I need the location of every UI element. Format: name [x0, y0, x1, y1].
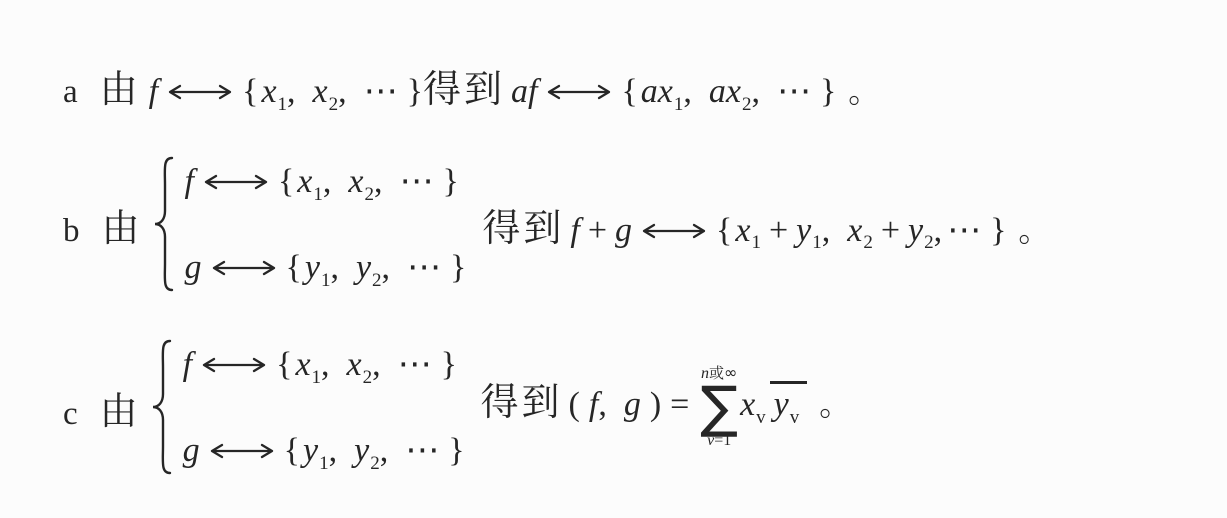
var-y: y: [354, 432, 369, 469]
var-ax: ax: [641, 73, 673, 110]
set-comma: ,: [683, 73, 692, 110]
var-x: x: [297, 163, 312, 200]
set-close-brace: }: [990, 212, 1006, 249]
ellipsis-dots: ⋯: [364, 71, 400, 111]
subscript-1: 1: [319, 453, 329, 474]
set-open-brace: {: [284, 432, 300, 469]
var-y: y: [796, 212, 811, 249]
subscript-1: 1: [812, 232, 822, 253]
conclusion-formula: 得到f+g{x1+y1,x2+y2,⋯}。: [482, 197, 1050, 252]
set-open-brace: {: [716, 212, 732, 249]
long-left-right-arrow-icon: [546, 84, 612, 100]
item-lead: c由: [63, 380, 149, 435]
set-open-brace: {: [276, 346, 292, 383]
system-row-f: f{x1,x2,⋯}: [185, 161, 467, 201]
set-comma: ,: [330, 249, 339, 286]
period-text: 。: [819, 386, 851, 422]
set-open-brace: {: [286, 249, 302, 286]
var-x: x: [347, 346, 362, 383]
set-open-brace: {: [621, 73, 637, 110]
set-close-brace: }: [820, 73, 836, 110]
set-comma: ,: [934, 212, 943, 249]
long-left-right-arrow-icon: [167, 84, 233, 100]
subscript-1: 1: [313, 184, 323, 205]
set-comma: ,: [287, 73, 296, 110]
var-x: x: [295, 346, 310, 383]
var-x: x: [261, 73, 276, 110]
var-f: f: [183, 346, 192, 383]
system-brace-icon: [151, 155, 177, 293]
set-comma: ,: [751, 73, 760, 110]
long-left-right-arrow-icon: [209, 443, 275, 459]
conclusion-formula: af{ax1,ax2,⋯}。: [511, 73, 880, 110]
subscript-2: 2: [363, 367, 373, 388]
conjugate-y-overline: yv: [770, 381, 808, 424]
system-brace-icon: [149, 338, 175, 476]
item-label-c: c: [63, 396, 78, 432]
system-row-g: g{y1,y2,⋯}: [185, 247, 467, 287]
var-y: y: [774, 386, 789, 423]
subscript-1: 1: [278, 94, 288, 115]
var-x: x: [847, 212, 862, 249]
var-f: f: [185, 163, 194, 200]
item-label-a: a: [63, 74, 78, 110]
period-text: 。: [848, 73, 880, 109]
ellipsis-dots: ⋯: [405, 430, 441, 470]
var-f: f: [149, 73, 158, 110]
subscript-v: v: [790, 407, 800, 428]
system-row-f: f{x1,x2,⋯}: [183, 344, 465, 384]
subscript-1: 1: [321, 270, 331, 291]
long-left-right-arrow-icon: [211, 260, 277, 276]
subscript-1: 1: [674, 94, 684, 115]
ellipsis-dots: ⋯: [398, 344, 434, 384]
var-x: x: [348, 163, 363, 200]
subscript-2: 2: [924, 232, 934, 253]
var-f: f: [589, 386, 598, 423]
set-open-brace: {: [278, 163, 294, 200]
var-ax: ax: [709, 73, 741, 110]
plus-sign: +: [588, 212, 607, 249]
set-comma: ,: [329, 432, 338, 469]
set-close-brace: }: [450, 249, 466, 286]
var-g: g: [615, 212, 632, 249]
subscript-1: 1: [751, 232, 761, 253]
ellipsis-dots: ⋯: [407, 247, 443, 287]
subscript-2: 2: [863, 232, 873, 253]
item-lead: b由: [63, 197, 151, 252]
set-open-brace: {: [242, 73, 258, 110]
you-text: 由: [100, 391, 141, 433]
page: a由f{x1,x2,⋯}得到af{ax1,ax2,⋯}。 b由 f{x1,x2,…: [0, 0, 1227, 518]
system-rows: f{x1,x2,⋯} g{y1,y2,⋯}: [185, 161, 467, 287]
set-comma: ,: [382, 249, 391, 286]
subscript-2: 2: [329, 94, 339, 115]
var-af: af: [511, 73, 537, 110]
set-comma: ,: [338, 73, 347, 110]
close-paren: ): [650, 386, 661, 423]
sigma-symbol: ∑: [700, 382, 738, 434]
var-x: x: [740, 386, 755, 423]
set-comma: ,: [372, 346, 381, 383]
var-y: y: [305, 249, 320, 286]
long-left-right-arrow-icon: [641, 223, 707, 239]
long-left-right-arrow-icon: [201, 357, 267, 373]
premise-formula: f{x1,x2,⋯}: [149, 73, 423, 110]
var-g: g: [185, 249, 202, 286]
item-label-b: b: [63, 213, 80, 249]
open-paren: (: [569, 386, 580, 423]
var-x: x: [735, 212, 750, 249]
plus-sign: +: [881, 212, 900, 249]
var-g: g: [624, 386, 641, 423]
var-f: f: [570, 212, 579, 249]
subscript-v: v: [756, 407, 766, 428]
set-close-brace: }: [407, 73, 423, 110]
equals-sign: =: [670, 386, 689, 423]
dedao-text: 得到: [482, 208, 564, 250]
summation: n或∞∑v=1: [700, 365, 738, 450]
set-comma: ,: [321, 346, 330, 383]
set-comma: ,: [822, 212, 831, 249]
conclusion-formula: 得到(f,g)=n或∞∑v=1xvyv。: [481, 365, 852, 450]
subscript-2: 2: [370, 453, 380, 474]
var-y: y: [908, 212, 923, 249]
ellipsis-dots: ⋯: [399, 161, 435, 201]
subscript-1: 1: [312, 367, 322, 388]
set-close-brace: }: [441, 346, 457, 383]
subscript-2: 2: [372, 270, 382, 291]
dedao-text: 得到: [481, 382, 563, 424]
statement-a: a由f{x1,x2,⋯}得到af{ax1,ax2,⋯}。: [63, 58, 880, 113]
ellipsis-dots: ⋯: [947, 210, 983, 250]
statement-b: b由 f{x1,x2,⋯} g{y1,y2,⋯} 得到f+g{x1+y1,x2+…: [63, 155, 1050, 293]
system-row-g: g{y1,y2,⋯}: [183, 430, 465, 470]
plus-sign: +: [769, 212, 788, 249]
you-text: 由: [102, 208, 143, 250]
var-x: x: [313, 73, 328, 110]
lower-limit-eq: =1: [714, 432, 731, 449]
system-rows: f{x1,x2,⋯} g{y1,y2,⋯}: [183, 344, 465, 470]
set-close-brace: }: [448, 432, 464, 469]
var-g: g: [183, 432, 200, 469]
statement-c: c由 f{x1,x2,⋯} g{y1,y2,⋯} 得到(f,g)=n或∞∑v=1…: [63, 338, 851, 476]
set-comma: ,: [374, 163, 383, 200]
var-y: y: [356, 249, 371, 286]
subscript-2: 2: [364, 184, 374, 205]
ellipsis-dots: ⋯: [777, 71, 813, 111]
period-text: 。: [1018, 212, 1050, 248]
set-comma: ,: [380, 432, 389, 469]
long-left-right-arrow-icon: [203, 174, 269, 190]
you-text: 由: [100, 69, 141, 111]
summation-lower-limit: v=1: [707, 433, 731, 449]
set-close-brace: }: [442, 163, 458, 200]
dedao-text: 得到: [423, 69, 505, 111]
var-y: y: [303, 432, 318, 469]
set-comma: ,: [323, 163, 332, 200]
comma: ,: [598, 386, 607, 423]
